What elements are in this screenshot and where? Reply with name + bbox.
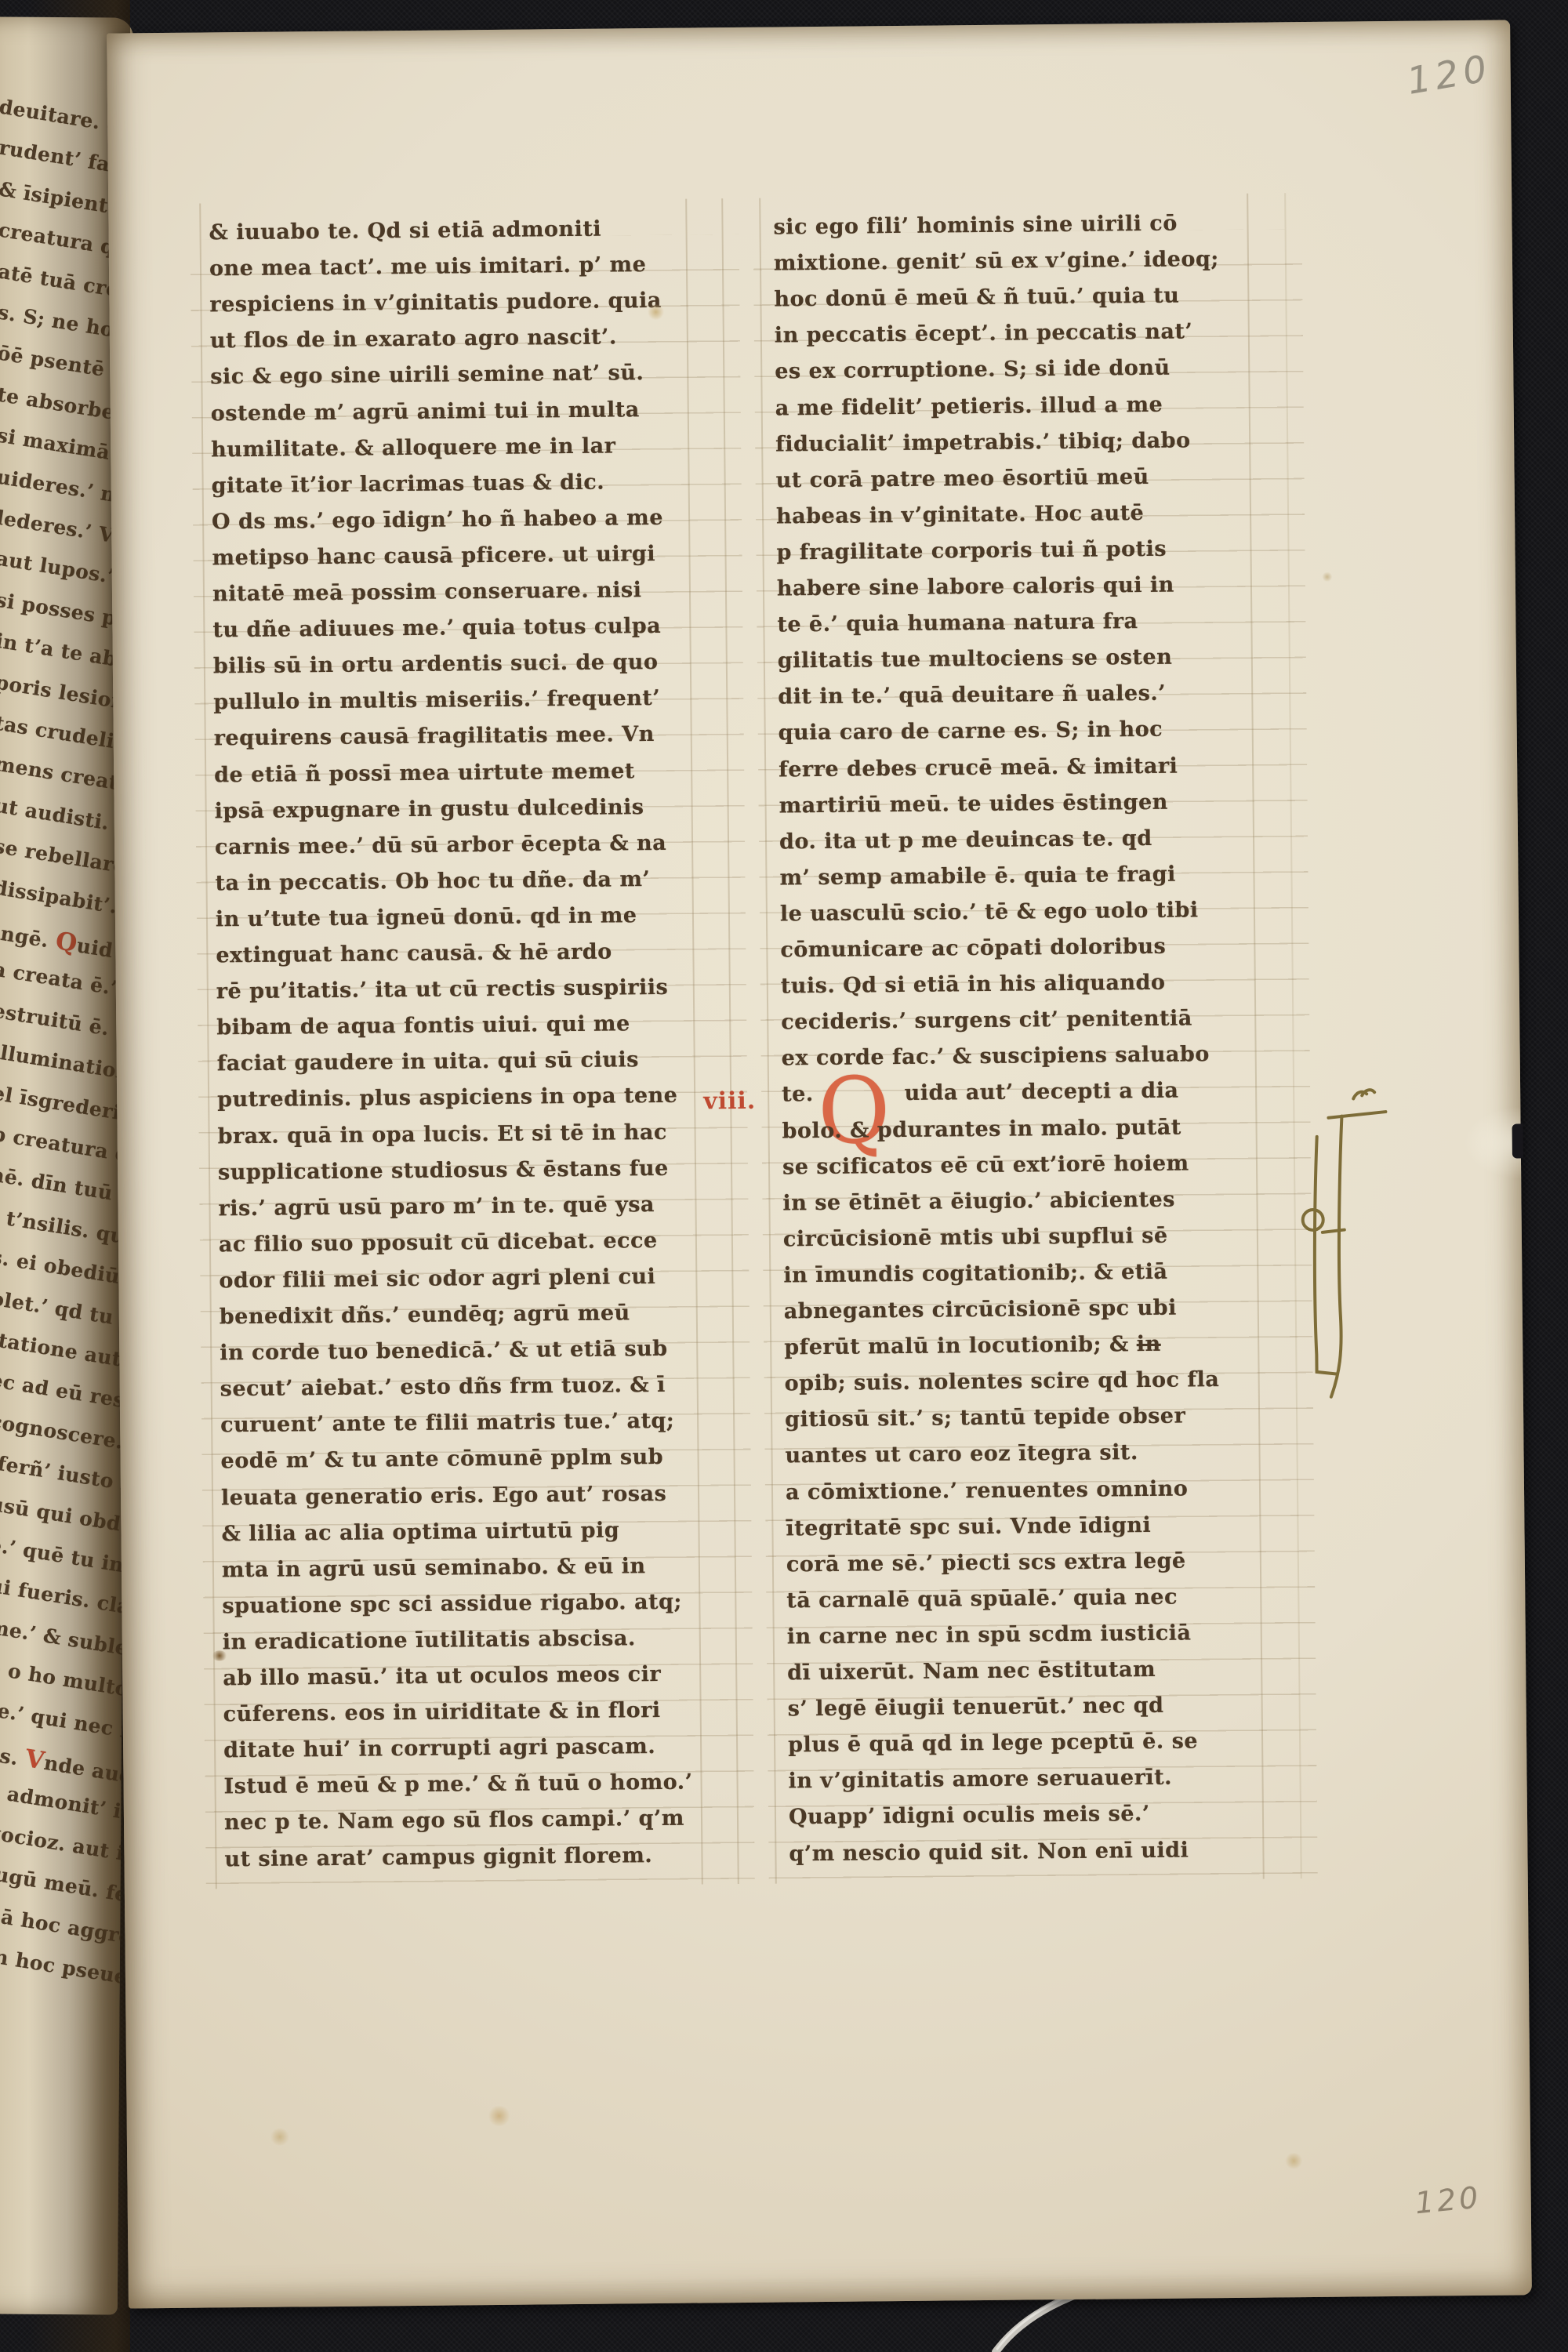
text-line: in se ētinēt a ēiugio.’ abicientes [782,1187,1175,1227]
text-line: quia caro de carne es. S; in hoc [779,717,1163,757]
text-line: cōmunicare ac cōpati doloribus [780,935,1166,975]
stain [1284,2153,1303,2169]
text-line: putredinis. plus aspiciens in opa tene [217,1083,678,1124]
text-line: in peccatis ēcept’. in peccatis nat’ [775,320,1193,360]
text-line: circūcisionē mtis ubi supflui sē [783,1224,1168,1264]
text-line: tuis. Qd si etiā in his aliquando [781,971,1166,1011]
folio-number-pencil: 120 [1404,47,1494,103]
text-line: in u’tute tua igneū donū. qd in me [216,903,637,943]
text-line: Istud ē meū & p me.’ & ñ tuū o homo.’ [223,1770,692,1811]
text-line: plus ē quā qd in lege pceptū ē. se [788,1730,1198,1769]
text-line: bolo. & pdurantes in malo. putāt [782,1115,1181,1155]
text-line: in corde tuo benedicā.’ & ut etiā sub [220,1337,668,1377]
text-line: faciat gaudere in uita. qui sū ciuis [217,1048,640,1088]
text-line: Quapp’ īdigni oculis meis sē.’ [789,1802,1150,1841]
text-line: O ds ms.’ ego īdign’ ho ñ habeo a me [212,506,663,546]
text-line: abnegantes circūcisionē spc ubi [784,1296,1177,1336]
text-line: ferre debes crucē meā. & imitari [779,753,1178,793]
text-line: ut corā patre meo ēsortiū meū [775,465,1149,505]
text-line: le uasculū scio.’ tē & ego uolo tibi [780,898,1199,938]
stain [1322,572,1333,582]
text-line: cecideris.’ surgens cit’ penitentiā [781,1007,1192,1047]
text-line: ut flos de in exarato agro nascit’. [210,325,617,365]
text-line: fiducialit’ impetrabis.’ tibiq; dabo [775,428,1191,468]
folio-number-ink: 120 [1414,2180,1483,2220]
text-line: cūferens. eos in uiriditate & in flori [223,1698,661,1738]
text-line: nec p te. Nam ego sū flos campi.’ q’m [224,1806,684,1847]
text-line: hoc donū ē meū & ñ tuū.’ quia tu [774,284,1179,324]
text-line: odor filii mei sic odor agri pleni cui [219,1265,655,1305]
text-line: humilitate. & alloquere me in lar [211,434,616,474]
stain [647,304,664,320]
text-line: q’m nescio quid sit. Non enī uidi [789,1838,1189,1878]
text-line: leuata generatio eris. Ego aut’ rosas [221,1481,667,1521]
chapter-number-rubric: viii. [703,1087,756,1116]
text-line: de etiā ñ possī mea uirtute memet [214,759,635,799]
text-line: carnis mee.’ dū sū arbor ēcepta & na [215,831,667,872]
text-line: es ex corruptione. S; si ide donū [775,356,1171,396]
text-line: bibam de aqua fontis uiui. qui me [216,1011,630,1051]
text-line: habeas in v’ginitate. Hoc autē [776,501,1145,541]
text-line: ta in peccatis. Ob hoc tu dñe. da m’ [215,867,650,907]
text-line: ut sine arat’ campus gignit florem. [224,1843,652,1883]
text-line: supplicatione studiosus & ēstans fue [218,1156,669,1196]
text-line: respiciens in v’ginitatis pudore. quia [209,289,662,329]
text-line: brax. quā in opa lucis. Et si tē in hac [217,1120,667,1160]
text-column-right: sic ego fili’ hominis sine uirili cōmixt… [773,210,1275,215]
margin-pen-mark [1293,1058,1414,1427]
text-line: martiriū meū. te uides ēstingen [779,789,1168,829]
text-line: & iuuabo te. Qd si etiā admoniti [209,217,601,257]
text-line: mixtione. genit’ sū ex v’gine.’ ideoq; [774,247,1219,287]
text-line: in īmundis cogitationib;. & etiā [783,1260,1168,1300]
text-line: curuent’ ante te filii matris tue.’ atq; [220,1409,675,1450]
text-line: dit in te.’ quā deuitare ñ uales.’ [778,681,1166,721]
text-line: one mea tact’. me uis imitari. p’ me [209,252,647,292]
text-line: s’ legē ēiugii tenuerūt.’ nec qd [788,1693,1164,1733]
text-line: habere sine labore caloris qui in [777,573,1174,613]
text-line: rē pu’itatis.’ ita ut cū rectis suspirii… [216,975,669,1016]
text-line: in carne nec in spū scdm iusticiā [787,1621,1192,1661]
text-line: pferūt malū in locutionib; & in [784,1332,1161,1372]
text-line: in eradicatione īutilitatis abscisa. [223,1626,636,1666]
text-line: sic ego fili’ hominis sine uirili cō [773,212,1178,252]
text-line: do. ita ut p me deuincas te. qd [779,826,1152,866]
text-line: extinguat hanc causā. & hē ardo [216,940,612,980]
text-column-left: & iuuabo te. Qd si etiā admonitione mea … [209,216,710,220]
text-line: dī uixerūt. Nam nec ēstitutam [787,1657,1156,1697]
text-line: gitiosū sit.’ s; tantū tepide obser [785,1404,1186,1444]
text-line: ipsā expugnare in gustu dulcedinis [214,795,644,835]
text-line: ostende m’ agrū animi tui in multa [211,397,640,437]
text-line: tā carnalē quā spūalē.’ quia nec [786,1584,1178,1624]
text-line: a cōmixtione.’ renuentes omnino [786,1476,1189,1516]
text-line: gilitatis tue multociens se osten [778,645,1173,685]
text-line: mta in agrū usū seminabo. & eū in [222,1554,646,1594]
text-line: gitate īt’ior lacrimas tuas & dic. [212,470,605,510]
text-line: eodē m’ & tu ante cōmunē pplm sub [220,1445,663,1485]
text-line: spuatione spc sci assidue rigabo. atq; [222,1590,682,1631]
stain [270,2129,290,2146]
text-line: nitatē meā possim conseruare. nisi [212,578,642,618]
text-line: requirens causā fragilitatis mee. Vn [214,722,655,762]
text-line: & lilia ac alia optima uirtutū pig [221,1518,619,1558]
text-line: ditate hui’ in corrupti agri pascam. [223,1734,655,1774]
stain [488,2106,511,2126]
text-line: uantes ut caro eoz ītegra sit. [785,1441,1138,1480]
text-line: tu dñe adiuues me.’ quia totus culpa [212,614,661,654]
text-line: corā me sē.’ piecti scs extra legē [786,1548,1186,1588]
text-line: ītegritatē spc sui. Vnde īdigni [786,1513,1151,1552]
text-line: ab illo masū.’ ita ut oculos meos cir [223,1662,661,1702]
text-line: se scificatos eē cū ext’iorē hoiem [782,1151,1189,1191]
text-line: ris.’ agrū usū paro m’ in te. quē ysa [218,1192,655,1232]
text-line: opib; suis. nolentes scire qd hoc fla [785,1367,1220,1407]
text-line: bilis sū in ortu ardentis suci. de quo [213,650,659,690]
text-line: sic & ego sine uirili semine nat’ sū. [210,361,644,401]
text-line: in v’ginitatis amore seruauerīt. [788,1766,1172,1806]
photograph-stage: deuitare. & p aquārudent’ faceres.’ Q& ī… [0,0,1568,2352]
text-line: pullulo in multis miseriis.’ frequent’ [213,686,660,726]
page-edge-notch [1512,1123,1523,1158]
text-line: secut’ aiebat.’ esto dñs frm tuoz. & ī [220,1373,666,1413]
text-line: benedixit dñs.’ eundēq; agrū meū [220,1301,630,1341]
text-line: p fragilitate corporis tui ñ potis [776,537,1167,577]
text-line: m’ semp amabile ē. quia te fragi [779,862,1176,902]
text-line: a me fidelit’ petieris. illud a me [775,392,1163,432]
text-line: metipso hanc causā pficere. ut uirgi [212,542,655,582]
text-line: te ē.’ quia humana natura fra [777,609,1138,648]
manuscript-page: & iuuabo te. Qd si etiā admonitione mea … [107,20,1532,2308]
text-line: te.Quida aut’ decepti a dia [782,1079,1179,1119]
text-line: ac filio suo pposuit cū dicebat. ecce [219,1229,658,1269]
